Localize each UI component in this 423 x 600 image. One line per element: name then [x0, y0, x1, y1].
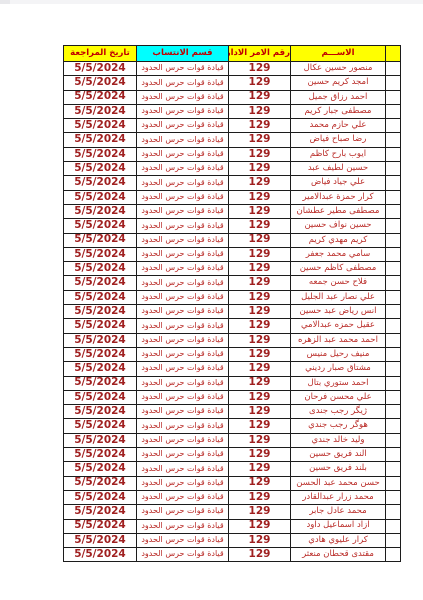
table-row: علي نصار عبد الجليل 129 قيادة قوات حرس ا… — [64, 290, 401, 304]
table-row: علي جياد فياض 129 قيادة قوات حرس الحدود … — [64, 176, 401, 190]
dept-cell: قيادة قوات حرس الحدود — [137, 262, 229, 276]
row-spacer-cell — [386, 119, 401, 133]
dept-cell: قيادة قوات حرس الحدود — [137, 347, 229, 361]
name-cell: مصطفى مطير عطشان — [291, 204, 386, 218]
review-date-cell: 5/5/2024 — [64, 462, 137, 476]
order-no-cell: 129 — [229, 519, 291, 533]
name-cell: وليد خالد جندي — [291, 433, 386, 447]
dept-cell: قيادة قوات حرس الحدود — [137, 490, 229, 504]
name-cell: عقيل حمزه عبدالامي — [291, 319, 386, 333]
table-body: منصور حسين عكال 129 قيادة قوات حرس الحدو… — [64, 62, 401, 562]
dept-cell: قيادة قوات حرس الحدود — [137, 276, 229, 290]
row-spacer-cell — [386, 247, 401, 261]
dept-cell: قيادة قوات حرس الحدود — [137, 204, 229, 218]
row-spacer-cell — [386, 347, 401, 361]
row-spacer-cell — [386, 162, 401, 176]
row-spacer-cell — [386, 519, 401, 533]
dept-cell: قيادة قوات حرس الحدود — [137, 405, 229, 419]
order-no-cell: 129 — [229, 405, 291, 419]
review-date-cell: 5/5/2024 — [64, 76, 137, 90]
review-date-cell: 5/5/2024 — [64, 533, 137, 547]
review-date-cell: 5/5/2024 — [64, 62, 137, 76]
name-cell: حسين لطيف عبد — [291, 162, 386, 176]
dept-cell: قيادة قوات حرس الحدود — [137, 219, 229, 233]
review-date-cell: 5/5/2024 — [64, 347, 137, 361]
order-no-cell: 129 — [229, 548, 291, 562]
review-date-cell: 5/5/2024 — [64, 433, 137, 447]
name-cell: سامي محمد جعفر — [291, 247, 386, 261]
order-no-cell: 129 — [229, 76, 291, 90]
order-no-cell: 129 — [229, 147, 291, 161]
review-date-cell: 5/5/2024 — [64, 333, 137, 347]
row-spacer-cell — [386, 405, 401, 419]
row-spacer-cell — [386, 219, 401, 233]
order-no-cell: 129 — [229, 319, 291, 333]
table-row: مقتدى قحطان منعثر 129 قيادة قوات حرس الح… — [64, 548, 401, 562]
review-date-cell: 5/5/2024 — [64, 276, 137, 290]
spacer-column-header — [386, 46, 401, 62]
row-spacer-cell — [386, 490, 401, 504]
name-cell: ژيگر رجب جندى — [291, 405, 386, 419]
dept-cell: قيادة قوات حرس الحدود — [137, 376, 229, 390]
table-header-row: الاســـم رقم الامر الاداري قسم الانتساب … — [64, 46, 401, 62]
name-cell: كرار حمزة عبدالامير — [291, 190, 386, 204]
dept-cell: قيادة قوات حرس الحدود — [137, 505, 229, 519]
table-row: مصطفى مطير عطشان 129 قيادة قوات حرس الحد… — [64, 204, 401, 218]
row-spacer-cell — [386, 133, 401, 147]
table-row: عقيل حمزه عبدالامي 129 قيادة قوات حرس ال… — [64, 319, 401, 333]
row-spacer-cell — [386, 262, 401, 276]
name-cell: مصطفى كاظم حسين — [291, 262, 386, 276]
order-no-cell: 129 — [229, 119, 291, 133]
order-no-cell: 129 — [229, 104, 291, 118]
name-cell: احمد رزاق جميل — [291, 90, 386, 104]
review-date-cell: 5/5/2024 — [64, 104, 137, 118]
row-spacer-cell — [386, 376, 401, 390]
top-edge-strip — [0, 0, 423, 4]
order-no-cell: 129 — [229, 376, 291, 390]
table-row: احمد محمد عبد الزهره 129 قيادة قوات حرس … — [64, 333, 401, 347]
top-edge-strip-corner — [0, 0, 10, 4]
table-row: علي حازم محمد 129 قيادة قوات حرس الحدود … — [64, 119, 401, 133]
table-row: امجد كريم حسين 129 قيادة قوات حرس الحدود… — [64, 76, 401, 90]
name-cell: علي جياد فياض — [291, 176, 386, 190]
table-row: مشتاق صبار رديني 129 قيادة قوات حرس الحد… — [64, 362, 401, 376]
order-no-cell: 129 — [229, 247, 291, 261]
review-date-cell: 5/5/2024 — [64, 505, 137, 519]
name-cell: رضا صباح فياض — [291, 133, 386, 147]
table-row: مصطفى جبار كريم 129 قيادة قوات حرس الحدو… — [64, 104, 401, 118]
order-no-cell: 129 — [229, 333, 291, 347]
order-no-cell: 129 — [229, 433, 291, 447]
table-row: منصور حسين عكال 129 قيادة قوات حرس الحدو… — [64, 62, 401, 76]
row-spacer-cell — [386, 505, 401, 519]
table-row: احمد ستوري بتال 129 قيادة قوات حرس الحدو… — [64, 376, 401, 390]
order-no-cell: 129 — [229, 390, 291, 404]
name-cell: الند فريق حسين — [291, 448, 386, 462]
dept-cell: قيادة قوات حرس الحدود — [137, 548, 229, 562]
order-no-cell: 129 — [229, 62, 291, 76]
order-no-cell: 129 — [229, 533, 291, 547]
row-spacer-cell — [386, 390, 401, 404]
table-row: هوگر رجب جندي 129 قيادة قوات حرس الحدود … — [64, 419, 401, 433]
row-spacer-cell — [386, 419, 401, 433]
table-row: سامي محمد جعفر 129 قيادة قوات حرس الحدود… — [64, 247, 401, 261]
dept-cell: قيادة قوات حرس الحدود — [137, 333, 229, 347]
row-spacer-cell — [386, 333, 401, 347]
table-row: كرار عليوي هادي 129 قيادة قوات حرس الحدو… — [64, 533, 401, 547]
name-cell: احمد محمد عبد الزهره — [291, 333, 386, 347]
order-no-cell: 129 — [229, 347, 291, 361]
table-row: انس رياض عبد حسين 129 قيادة قوات حرس الح… — [64, 305, 401, 319]
row-spacer-cell — [386, 476, 401, 490]
name-cell: منيف رحيل منيس — [291, 347, 386, 361]
name-cell: حسن محمد عبد الحسن — [291, 476, 386, 490]
row-spacer-cell — [386, 433, 401, 447]
order-no-cell: 129 — [229, 419, 291, 433]
dept-cell: قيادة قوات حرس الحدود — [137, 519, 229, 533]
table-row: محمد عادل جابر 129 قيادة قوات حرس الحدود… — [64, 505, 401, 519]
table-row: محمد زرار عبدالقادر 129 قيادة قوات حرس ا… — [64, 490, 401, 504]
row-spacer-cell — [386, 147, 401, 161]
review-date-cell: 5/5/2024 — [64, 319, 137, 333]
review-date-cell: 5/5/2024 — [64, 262, 137, 276]
review-date-cell: 5/5/2024 — [64, 448, 137, 462]
review-date-cell: 5/5/2024 — [64, 362, 137, 376]
review-date-cell: 5/5/2024 — [64, 176, 137, 190]
row-spacer-cell — [386, 319, 401, 333]
order-no-cell: 129 — [229, 462, 291, 476]
order-no-cell: 129 — [229, 362, 291, 376]
table-row: بلند فريق حسين 129 قيادة قوات حرس الحدود… — [64, 462, 401, 476]
row-spacer-cell — [386, 448, 401, 462]
review-date-column-header: تاريخ المراجعة — [64, 46, 137, 62]
name-cell: كريم مهدي كريم — [291, 233, 386, 247]
review-date-cell: 5/5/2024 — [64, 119, 137, 133]
review-date-cell: 5/5/2024 — [64, 419, 137, 433]
name-cell: فلاح حسن جمعه — [291, 276, 386, 290]
row-spacer-cell — [386, 90, 401, 104]
row-spacer-cell — [386, 104, 401, 118]
name-cell: علي محسن فرحان — [291, 390, 386, 404]
row-spacer-cell — [386, 462, 401, 476]
dept-cell: قيادة قوات حرس الحدود — [137, 133, 229, 147]
review-date-cell: 5/5/2024 — [64, 376, 137, 390]
row-spacer-cell — [386, 276, 401, 290]
order-no-cell: 129 — [229, 219, 291, 233]
page: الاســـم رقم الامر الاداري قسم الانتساب … — [0, 0, 423, 600]
name-cell: مقتدى قحطان منعثر — [291, 548, 386, 562]
row-spacer-cell — [386, 190, 401, 204]
table-row: الند فريق حسين 129 قيادة قوات حرس الحدود… — [64, 448, 401, 462]
dept-cell: قيادة قوات حرس الحدود — [137, 419, 229, 433]
table-row: حسين لطيف عبد 129 قيادة قوات حرس الحدود … — [64, 162, 401, 176]
review-date-cell: 5/5/2024 — [64, 247, 137, 261]
review-date-cell: 5/5/2024 — [64, 390, 137, 404]
order-no-cell: 129 — [229, 190, 291, 204]
table-row: وليد خالد جندي 129 قيادة قوات حرس الحدود… — [64, 433, 401, 447]
row-spacer-cell — [386, 204, 401, 218]
name-cell: علي نصار عبد الجليل — [291, 290, 386, 304]
review-date-cell: 5/5/2024 — [64, 490, 137, 504]
order-no-cell: 129 — [229, 276, 291, 290]
dept-column-header: قسم الانتساب — [137, 46, 229, 62]
name-cell: ايوب بارح كاظم — [291, 147, 386, 161]
order-no-cell: 129 — [229, 176, 291, 190]
review-date-cell: 5/5/2024 — [64, 162, 137, 176]
table-row: حسين نواف حسين 129 قيادة قوات حرس الحدود… — [64, 219, 401, 233]
order-no-cell: 129 — [229, 305, 291, 319]
name-cell: احمد ستوري بتال — [291, 376, 386, 390]
name-cell: محمد زرار عبدالقادر — [291, 490, 386, 504]
row-spacer-cell — [386, 290, 401, 304]
review-date-cell: 5/5/2024 — [64, 147, 137, 161]
review-date-cell: 5/5/2024 — [64, 519, 137, 533]
order-no-cell: 129 — [229, 162, 291, 176]
row-spacer-cell — [386, 176, 401, 190]
row-spacer-cell — [386, 62, 401, 76]
dept-cell: قيادة قوات حرس الحدود — [137, 162, 229, 176]
table-row: كريم مهدي كريم 129 قيادة قوات حرس الحدود… — [64, 233, 401, 247]
dept-cell: قيادة قوات حرس الحدود — [137, 390, 229, 404]
dept-cell: قيادة قوات حرس الحدود — [137, 533, 229, 547]
order-no-cell: 129 — [229, 290, 291, 304]
table-row: ايوب بارح كاظم 129 قيادة قوات حرس الحدود… — [64, 147, 401, 161]
row-spacer-cell — [386, 233, 401, 247]
row-spacer-cell — [386, 362, 401, 376]
order-no-cell: 129 — [229, 133, 291, 147]
table-row: كرار حمزة عبدالامير 129 قيادة قوات حرس ا… — [64, 190, 401, 204]
table-row: ازاد اسماعيل داود 129 قيادة قوات حرس الح… — [64, 519, 401, 533]
dept-cell: قيادة قوات حرس الحدود — [137, 290, 229, 304]
row-spacer-cell — [386, 305, 401, 319]
table-row: ژيگر رجب جندى 129 قيادة قوات حرس الحدود … — [64, 405, 401, 419]
name-cell: حسين نواف حسين — [291, 219, 386, 233]
report-table: الاســـم رقم الامر الاداري قسم الانتساب … — [63, 45, 401, 562]
dept-cell: قيادة قوات حرس الحدود — [137, 76, 229, 90]
order-no-cell: 129 — [229, 233, 291, 247]
row-spacer-cell — [386, 548, 401, 562]
review-date-cell: 5/5/2024 — [64, 190, 137, 204]
dept-cell: قيادة قوات حرس الحدود — [137, 362, 229, 376]
name-cell: مشتاق صبار رديني — [291, 362, 386, 376]
name-cell: ازاد اسماعيل داود — [291, 519, 386, 533]
name-cell: بلند فريق حسين — [291, 462, 386, 476]
dept-cell: قيادة قوات حرس الحدود — [137, 90, 229, 104]
name-cell: محمد عادل جابر — [291, 505, 386, 519]
review-date-cell: 5/5/2024 — [64, 290, 137, 304]
name-cell: منصور حسين عكال — [291, 62, 386, 76]
name-cell: مصطفى جبار كريم — [291, 104, 386, 118]
review-date-cell: 5/5/2024 — [64, 90, 137, 104]
review-date-cell: 5/5/2024 — [64, 133, 137, 147]
dept-cell: قيادة قوات حرس الحدود — [137, 190, 229, 204]
table-row: رضا صباح فياض 129 قيادة قوات حرس الحدود … — [64, 133, 401, 147]
dept-cell: قيادة قوات حرس الحدود — [137, 247, 229, 261]
dept-cell: قيادة قوات حرس الحدود — [137, 233, 229, 247]
name-cell: امجد كريم حسين — [291, 76, 386, 90]
dept-cell: قيادة قوات حرس الحدود — [137, 176, 229, 190]
table-row: فلاح حسن جمعه 129 قيادة قوات حرس الحدود … — [64, 276, 401, 290]
table-row: علي محسن فرحان 129 قيادة قوات حرس الحدود… — [64, 390, 401, 404]
name-cell: كرار عليوي هادي — [291, 533, 386, 547]
dept-cell: قيادة قوات حرس الحدود — [137, 104, 229, 118]
review-date-cell: 5/5/2024 — [64, 305, 137, 319]
name-cell: هوگر رجب جندي — [291, 419, 386, 433]
order-no-cell: 129 — [229, 476, 291, 490]
review-date-cell: 5/5/2024 — [64, 233, 137, 247]
table-row: حسن محمد عبد الحسن 129 قيادة قوات حرس ال… — [64, 476, 401, 490]
review-date-cell: 5/5/2024 — [64, 405, 137, 419]
order-no-cell: 129 — [229, 448, 291, 462]
dept-cell: قيادة قوات حرس الحدود — [137, 433, 229, 447]
dept-cell: قيادة قوات حرس الحدود — [137, 476, 229, 490]
order-no-cell: 129 — [229, 262, 291, 276]
table-row: منيف رحيل منيس 129 قيادة قوات حرس الحدود… — [64, 347, 401, 361]
name-cell: انس رياض عبد حسين — [291, 305, 386, 319]
order-no-cell: 129 — [229, 490, 291, 504]
review-date-cell: 5/5/2024 — [64, 204, 137, 218]
row-spacer-cell — [386, 76, 401, 90]
dept-cell: قيادة قوات حرس الحدود — [137, 62, 229, 76]
name-cell: علي حازم محمد — [291, 119, 386, 133]
review-date-cell: 5/5/2024 — [64, 219, 137, 233]
order-no-cell: 129 — [229, 505, 291, 519]
dept-cell: قيادة قوات حرس الحدود — [137, 305, 229, 319]
row-spacer-cell — [386, 533, 401, 547]
order-no-cell: 129 — [229, 204, 291, 218]
dept-cell: قيادة قوات حرس الحدود — [137, 448, 229, 462]
order-no-cell: 129 — [229, 90, 291, 104]
dept-cell: قيادة قوات حرس الحدود — [137, 147, 229, 161]
review-date-cell: 5/5/2024 — [64, 476, 137, 490]
dept-cell: قيادة قوات حرس الحدود — [137, 462, 229, 476]
order-no-column-header: رقم الامر الاداري — [229, 46, 291, 62]
table-row: مصطفى كاظم حسين 129 قيادة قوات حرس الحدو… — [64, 262, 401, 276]
name-column-header: الاســـم — [291, 46, 386, 62]
table-row: احمد رزاق جميل 129 قيادة قوات حرس الحدود… — [64, 90, 401, 104]
dept-cell: قيادة قوات حرس الحدود — [137, 319, 229, 333]
dept-cell: قيادة قوات حرس الحدود — [137, 119, 229, 133]
review-date-cell: 5/5/2024 — [64, 548, 137, 562]
